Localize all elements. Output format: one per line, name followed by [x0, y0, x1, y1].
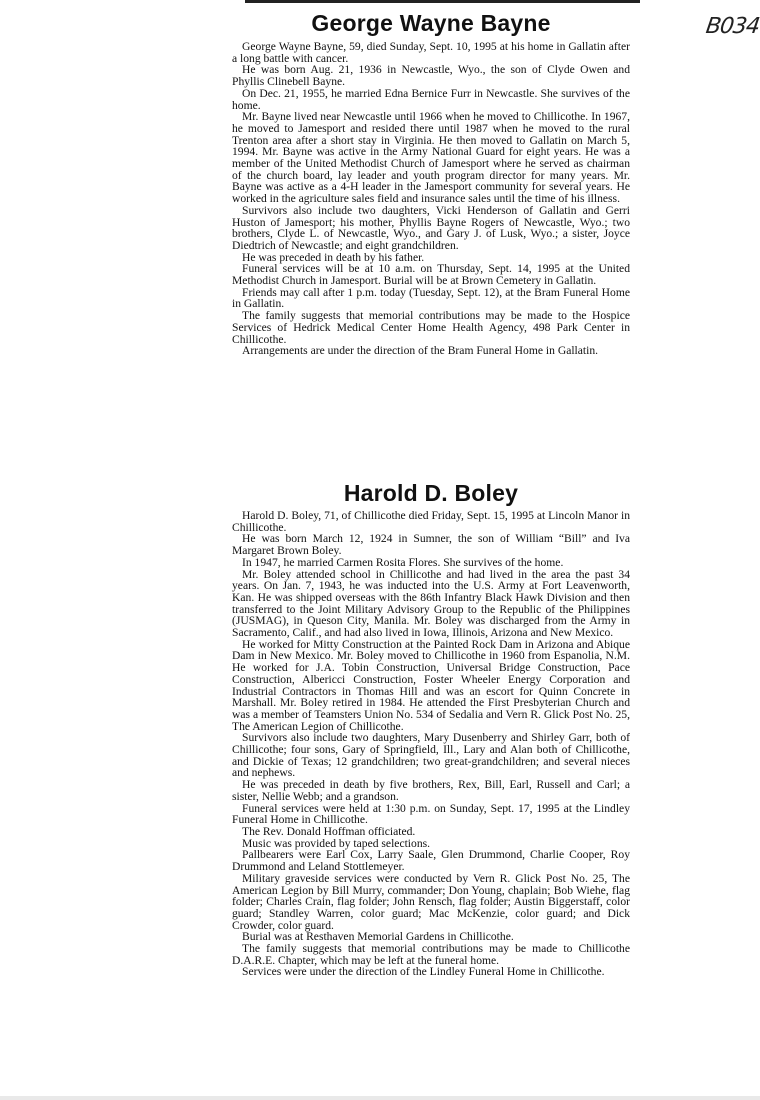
obituary-headline: Harold D. Boley — [232, 480, 630, 507]
obituary-paragraph: Funeral services were held at 1:30 p.m. … — [232, 803, 630, 826]
obituary-headline: George Wayne Bayne — [232, 10, 630, 37]
obituary-paragraph: George Wayne Bayne, 59, died Sunday, Sep… — [232, 41, 630, 64]
obituary-paragraph: Mr. Bayne lived near Newcastle until 196… — [232, 111, 630, 205]
obituary-paragraph: Services were under the direction of the… — [232, 966, 630, 978]
obituary-george-wayne-bayne: George Wayne Bayne George Wayne Bayne, 5… — [232, 10, 630, 357]
obituary-body: George Wayne Bayne, 59, died Sunday, Sep… — [232, 41, 630, 357]
obituary-paragraph: Mr. Boley attended school in Chillicothe… — [232, 569, 630, 639]
obituary-paragraph: Funeral services will be at 10 a.m. on T… — [232, 263, 630, 286]
obituary-paragraph: The family suggests that memorial contri… — [232, 310, 630, 345]
obituary-paragraph: Military graveside services were conduct… — [232, 873, 630, 932]
obituary-paragraph: He was preceded in death by five brother… — [232, 779, 630, 802]
obituary-paragraph: Harold D. Boley, 71, of Chillicothe died… — [232, 510, 630, 533]
clipping-top-rule — [245, 0, 640, 3]
obituary-harold-d-boley: Harold D. Boley Harold D. Boley, 71, of … — [232, 480, 630, 978]
scan-edge — [0, 1096, 760, 1100]
obituary-paragraph: Arrangements are under the direction of … — [232, 345, 630, 357]
obituary-paragraph: In 1947, he married Carmen Rosita Flores… — [232, 557, 630, 569]
obituary-paragraph: He was born Aug. 21, 1936 in Newcastle, … — [232, 64, 630, 87]
obituary-paragraph: Friends may call after 1 p.m. today (Tue… — [232, 287, 630, 310]
obituary-paragraph: Pallbearers were Earl Cox, Larry Saale, … — [232, 849, 630, 872]
obituary-paragraph: He worked for Mitty Construction at the … — [232, 639, 630, 733]
obituary-paragraph: He was born March 12, 1924 in Sumner, th… — [232, 533, 630, 556]
obituary-paragraph: The family suggests that memorial contri… — [232, 943, 630, 966]
obituary-paragraph: Survivors also include two daughters, Ma… — [232, 732, 630, 779]
obituary-paragraph: Survivors also include two daughters, Vi… — [232, 205, 630, 252]
handwritten-annotation: B034 — [704, 14, 760, 39]
obituary-body: Harold D. Boley, 71, of Chillicothe died… — [232, 510, 630, 978]
obituary-paragraph: On Dec. 21, 1955, he married Edna Bernic… — [232, 88, 630, 111]
obituary-paragraph: The Rev. Donald Hoffman officiated. — [232, 826, 630, 838]
